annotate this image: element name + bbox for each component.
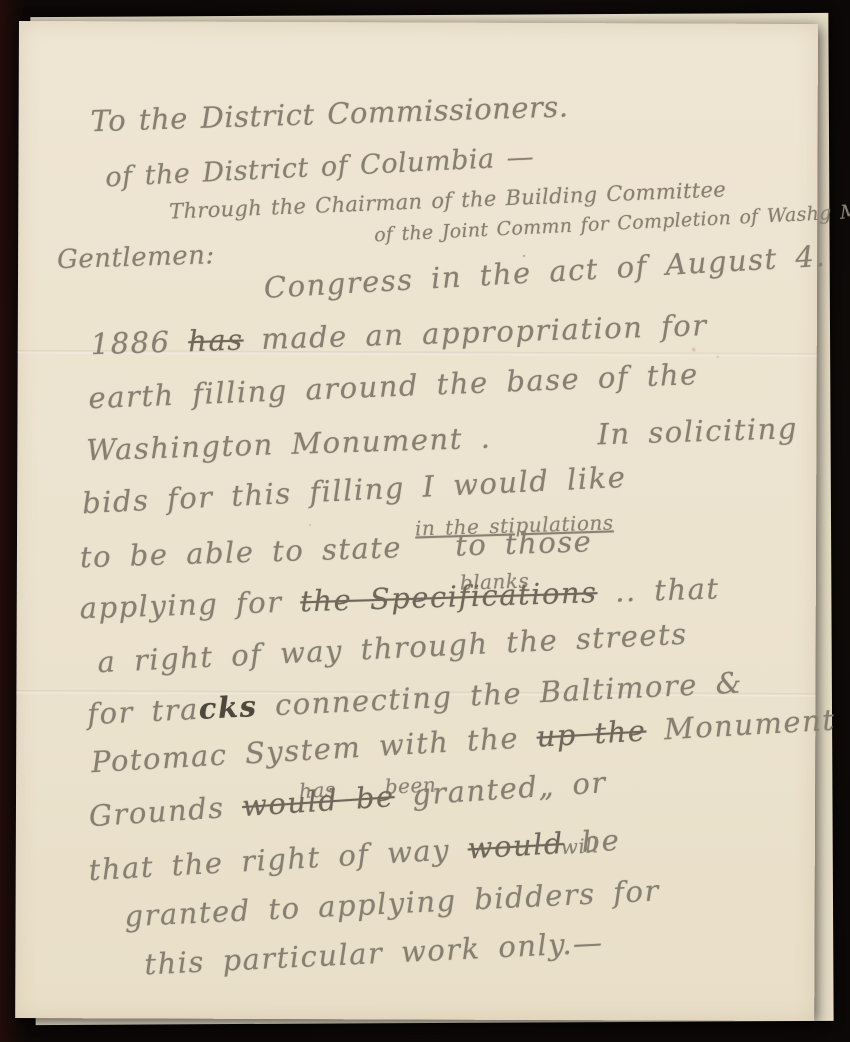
struck-phrase-would-be: would be	[241, 779, 396, 823]
address-line-2: of the District of Columbia —	[105, 144, 535, 192]
body-line-1: Congress in the act of August 4.	[263, 242, 827, 303]
salutation: Gentlemen:	[57, 242, 215, 273]
body-line-12: that the right of way would be	[88, 826, 621, 885]
body-line-7-text: applying for	[79, 584, 301, 625]
body-line-14: this particular work only.—	[144, 928, 604, 979]
body-line-12-text: that the right of way	[88, 832, 469, 888]
body-line-9-text: for tra	[86, 692, 199, 731]
body-line-3: earth filling around the base of the	[88, 360, 699, 413]
body-line-2-rest: made an appropriation for	[243, 308, 708, 356]
body-line-6: to be able to state to those	[79, 527, 592, 572]
struck-phrase-specifications: the Specifications	[300, 575, 598, 618]
body-line-2-text: 1886	[90, 324, 189, 361]
body-line-7-rest: .. that	[597, 571, 720, 609]
struck-word-would: would	[467, 826, 565, 865]
body-line-6-text: to be able to state	[79, 530, 420, 575]
body-line-12-rest: be	[563, 823, 621, 860]
overwritten-letters: cks	[198, 689, 258, 726]
body-line-7: applying for the Specifications .. that	[79, 574, 720, 623]
address-line-1: To the District Commissioners.	[90, 92, 569, 136]
letter-sheet: To the District Commissioners. of the Di…	[15, 21, 818, 1021]
body-line-10-text: Potomac System with the	[90, 720, 537, 779]
body-line-10-rest: Monument	[645, 703, 836, 748]
photograph-background: To the District Commissioners. of the Di…	[0, 0, 850, 1042]
body-line-11-text: Grounds	[88, 789, 243, 833]
body-line-8: a right of way through the streets	[97, 620, 688, 678]
struck-word-has: has	[188, 323, 244, 359]
body-line-5: bids for this filling I would like	[81, 463, 627, 518]
struck-phrase-up-the: up the	[536, 713, 648, 753]
body-line-6-rest: to those	[419, 524, 593, 563]
body-line-13: granted to applying bidders for	[124, 876, 661, 931]
body-line-4: Washington Monument . In soliciting	[86, 414, 798, 465]
